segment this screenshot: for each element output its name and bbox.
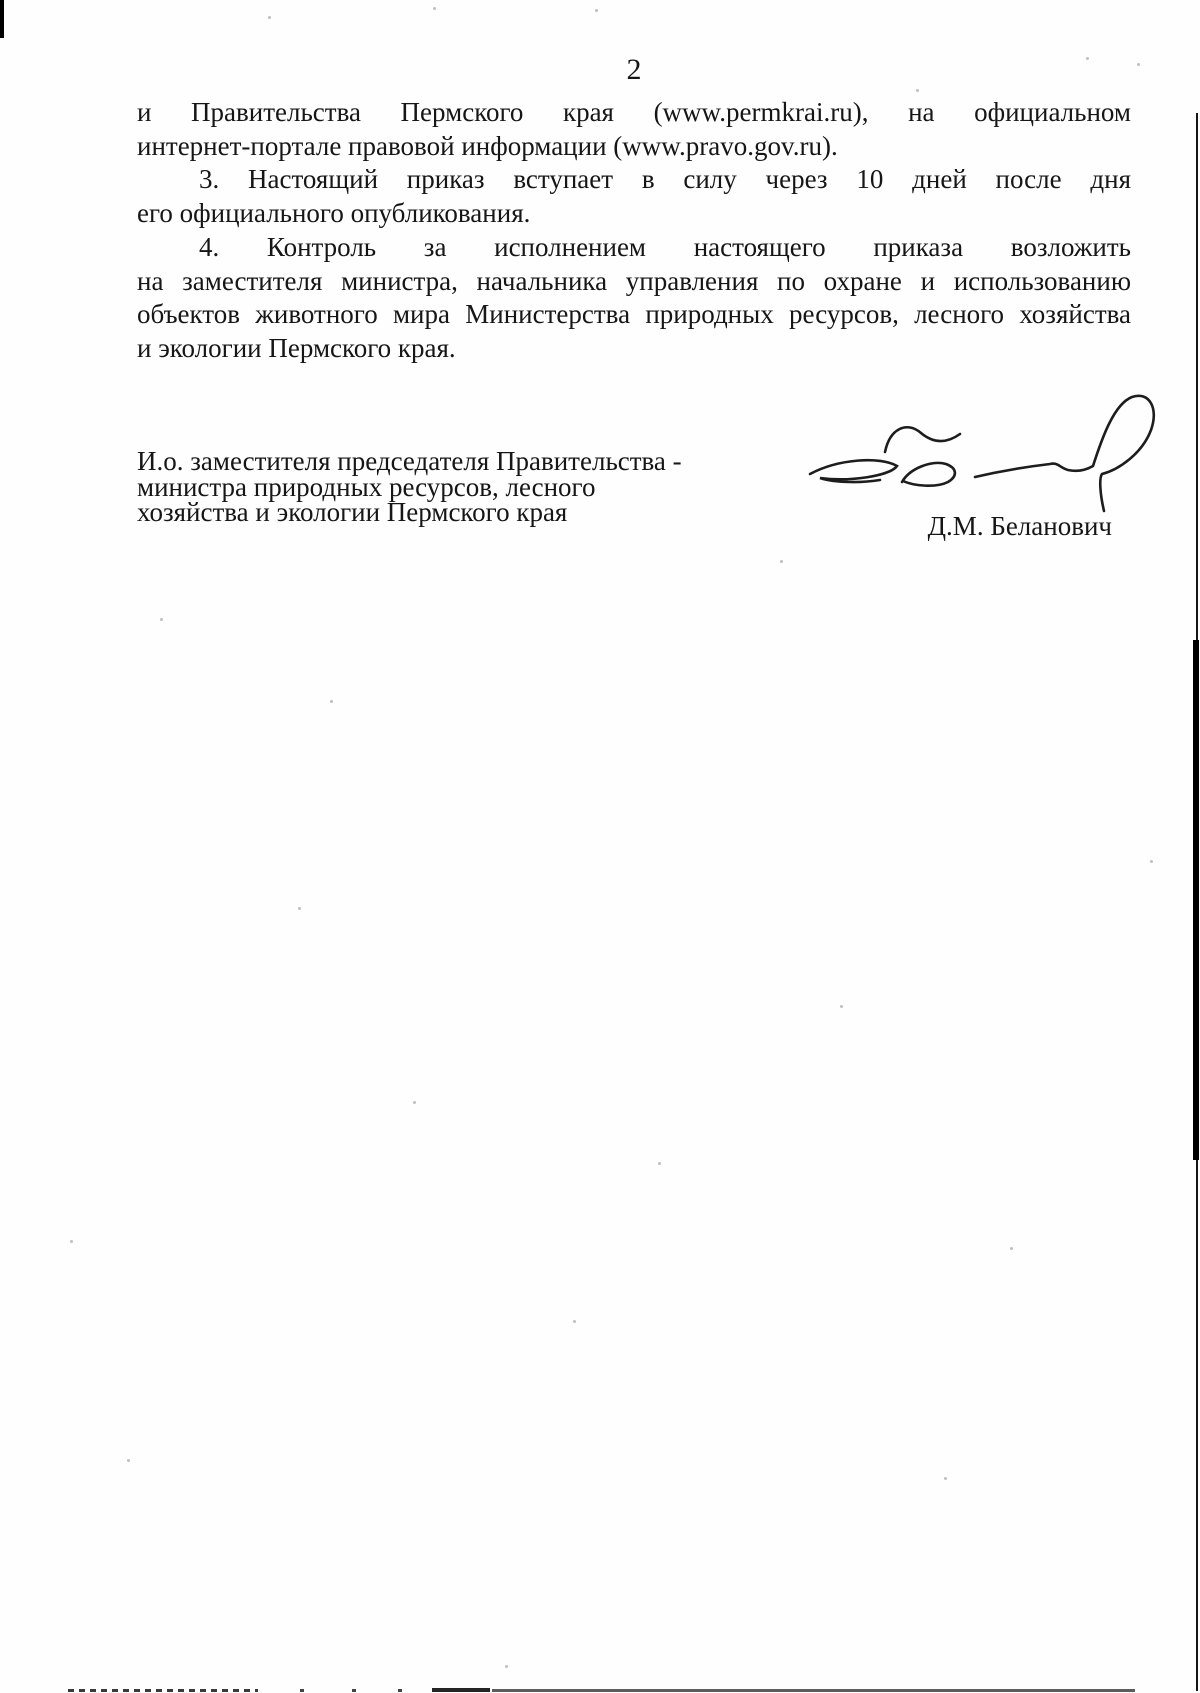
signatory-name: Д.М. Беланович — [700, 511, 1112, 541]
scanned-document-page: 2 и Правительства Пермского края (www.pe… — [0, 0, 1200, 1693]
page-number: 2 — [137, 52, 1131, 88]
document-body: и Правительства Пермского края (www.perm… — [137, 96, 1131, 366]
handwritten-signature — [790, 362, 1170, 522]
paragraph-line: объектов животного мира Министерства при… — [137, 298, 1131, 332]
signoff-title: И.о. заместителя председателя Правительс… — [137, 449, 737, 526]
scan-artifact-bottom-edge — [300, 1689, 304, 1692]
scan-artifact-left-edge — [0, 0, 4, 38]
paragraph-line: и Правительства Пермского края (www.perm… — [137, 96, 1131, 130]
scan-artifact-bottom-edge — [68, 1689, 258, 1692]
paragraph-line: интернет-портале правовой информации (ww… — [137, 130, 1131, 164]
scan-artifact-bottom-edge — [432, 1688, 490, 1692]
scan-artifact-bottom-edge — [492, 1689, 1135, 1692]
paragraph-line: его официального опубликования. — [137, 197, 1131, 231]
paragraph-line: 4. Контроль за исполнением настоящего пр… — [137, 231, 1131, 265]
paragraph-line: и экологии Пермского края. — [137, 332, 1131, 366]
signoff-title-line: хозяйства и экологии Пермского края — [137, 500, 737, 526]
scan-artifact-bottom-edge — [352, 1689, 356, 1692]
signoff-title-line: И.о. заместителя председателя Правительс… — [137, 449, 737, 475]
scan-artifact-bottom-edge — [398, 1689, 402, 1692]
scan-artifact-right-edge — [1193, 640, 1199, 1160]
paragraph-line: на заместителя министра, начальника упра… — [137, 265, 1131, 299]
paragraph-line: 3. Настоящий приказ вступает в силу чере… — [137, 163, 1131, 197]
